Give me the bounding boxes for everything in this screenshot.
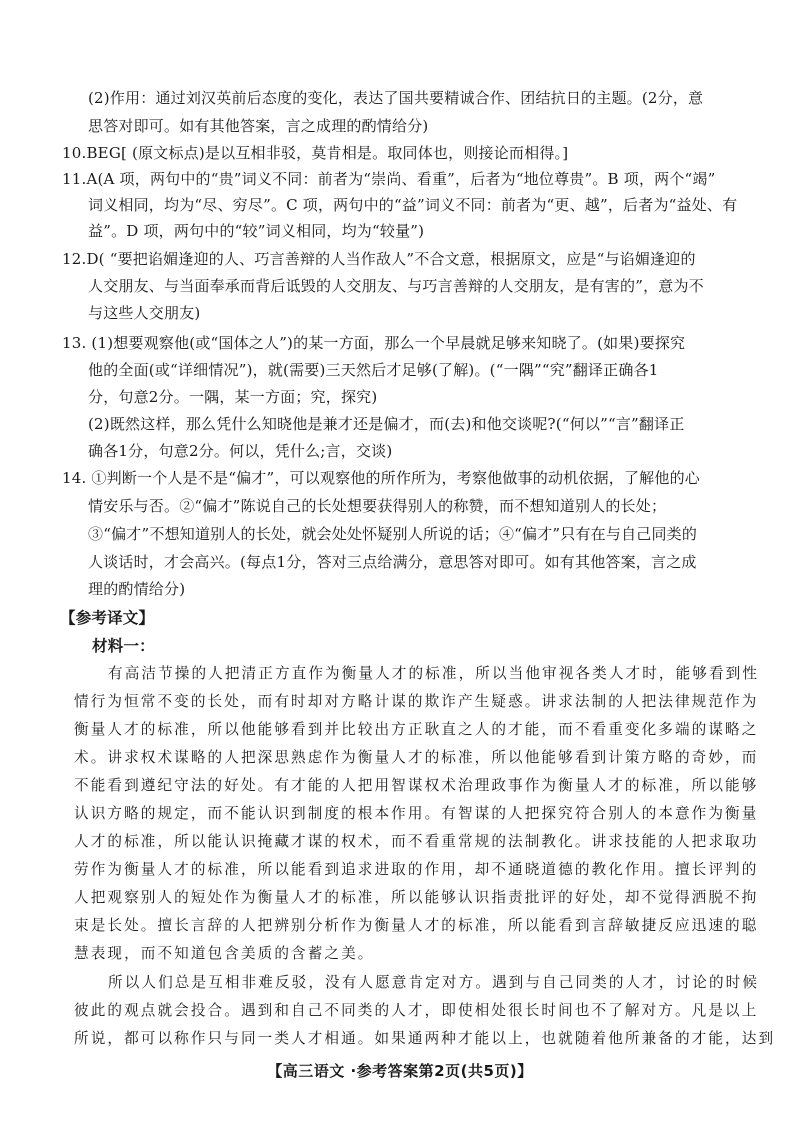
answer-q14-line-3: ③“偏才”不想知道别人的长处，就会处处怀疑别人所说的话；④“偏才”只有在与自己同…	[88, 524, 697, 544]
answer-q13-1-line-2: 他的全面(或“详细情况”)，就(需要)三天然后才足够(了解)。(“一隅”“究”翻…	[88, 360, 659, 380]
answer-q10-line-1: 10.BEG[ (原文标点)是以互相非驳，莫肯相是。取同体也，则接论而相得。]	[62, 143, 568, 163]
answer-q9-2-line-2: 思答对即可。如有其他答案，言之成理的酌情给分)	[88, 116, 428, 136]
translation-para1-line-8: 劳作为衡量人才的标准，所以能看到追求进取的作用，却不通晓道德的教化作用。擅长评判…	[74, 860, 758, 880]
translation-para1-line-3: 衡量人才的标准，所以他能够看到并比较出方正耿直之人的才能，而不看重变化多端的谋略…	[74, 720, 758, 740]
answer-q13-2-line-2: 确各1分，句意2分。何以，凭什么;言，交谈)	[88, 441, 392, 461]
answer-q13-1-line-3: 分，句意2分。一隅，某一方面；究，探究)	[88, 387, 377, 407]
answer-q11-line-3: 益”。D 项，两句中的“较”词义相同，均为“较量”)	[88, 221, 424, 241]
translation-para1-line-5: 不能看到遵纪守法的好处。有才能的人把用智谋权术治理政事作为衡量人才的标准，所以能…	[74, 776, 758, 796]
answer-q13-1-line-1: 13. (1)想要观察他(或“国体之人”)的某一方面，那么一个早晨就足够来知晓了…	[62, 333, 685, 353]
translation-para1-line-1: 有高洁节操的人把清正方直作为衡量人才的标准，所以当他审视各类人才时，能够看到性	[108, 664, 759, 684]
reference-translation-heading: 【参考译文】	[60, 608, 154, 628]
translation-para1-line-7: 人才的标准，所以能认识掩藏才谋的权术，而不看重常规的法制教化。讲求技能的人把求取…	[74, 832, 758, 852]
translation-para1-line-4: 术。讲求权术谋略的人把深思熟虑作为衡量人才的标准，所以他能够看到计策方略的奇妙，…	[74, 748, 758, 768]
answer-q12-line-1: 12.D( “要把谄媚逢迎的人、巧言善辩的人当作敌人”不合文意，根据原文，应是“…	[62, 249, 696, 269]
translation-para2-line-3: 所说，都可以称作只与同一类人才相通。如果通两种才能以上，也就随着他所兼备的才能，…	[74, 1029, 775, 1049]
answer-q12-line-3: 与这些人交朋友)	[88, 303, 200, 323]
answer-q12-line-2: 人交朋友、与当面奉承而背后诋毁的人交朋友、与巧言善辩的人交朋友，是有害的”，意为…	[88, 276, 704, 296]
answer-q14-line-2: 情安乐与否。②“偏才”陈说自己的长处想要获得别人的称赞，而不想知道别人的长处；	[88, 496, 666, 516]
answer-q9-2-line-1: (2)作用：通过刘汉英前后态度的变化，表达了国共要精诚合作、团结抗日的主题。(2…	[88, 88, 703, 108]
answer-q11-line-1: 11.A(A 项，两句中的“贵”词义不同：前者为“崇尚、看重”，后者为“地位尊贵…	[62, 169, 715, 189]
translation-para1-line-2: 情行为恒常不变的长处，而有时却对方略计谋的欺诈产生疑惑。讲求法制的人把法律规范作…	[74, 692, 758, 712]
translation-para1-line-9: 人把观察别人的短处作为衡量人才的标准，所以能够认识指责批评的好处，却不觉得洒脱不…	[74, 888, 758, 908]
answer-q13-2-line-1: (2)既然这样，那么凭什么知晓他是兼才还是偏才，而(去)和他交谈呢?(“何以”“…	[88, 414, 685, 434]
translation-para1-line-11: 慧表现，而不知道包含美质的含蓄之美。	[74, 944, 375, 964]
material-one-label: 材料一：	[92, 636, 155, 656]
translation-para2-line-2: 彼此的观点就会投合。遇到和自己不同类的人才，即使相处很长时间也不了解对方。凡是以…	[74, 1001, 758, 1021]
translation-para1-line-6: 认识方略的规定，而不能认识到制度的根本作用。有智谋的人把探究符合别人的本意作为衡…	[74, 804, 758, 824]
translation-para2-line-1: 所以人们总是互相非难反驳，没有人愿意肯定对方。遇到与自己同类的人才，讨论的时候	[108, 973, 759, 993]
answer-q14-line-1: 14. ①判断一个人是不是“偏才”，可以观察他的所作所为，考察他做事的动机依据，…	[62, 468, 700, 488]
answer-q14-line-5: 理的酌情给分)	[88, 579, 185, 599]
answer-q11-line-2: 词义相同，均为“尽、穷尽”。C 项，两句中的“益”词义不同：前者为“更、越”，后…	[88, 195, 737, 215]
answer-q14-line-4: 人谈话时，才会高兴。(每点1分，答对三点给满分，意思答对即可。如有其他答案，言之…	[88, 552, 697, 572]
document-page: (2)作用：通过刘汉英前后态度的变化，表达了国共要精诚合作、团结抗日的主题。(2…	[0, 0, 800, 1124]
translation-para1-line-10: 束是长处。擅长言辞的人把辨别分析作为衡量人才的标准，所以能看到言辞敏捷反应迅速的…	[74, 916, 758, 936]
page-footer: 【高三语文 ·参考答案第2页(共5页)】	[0, 1060, 800, 1081]
